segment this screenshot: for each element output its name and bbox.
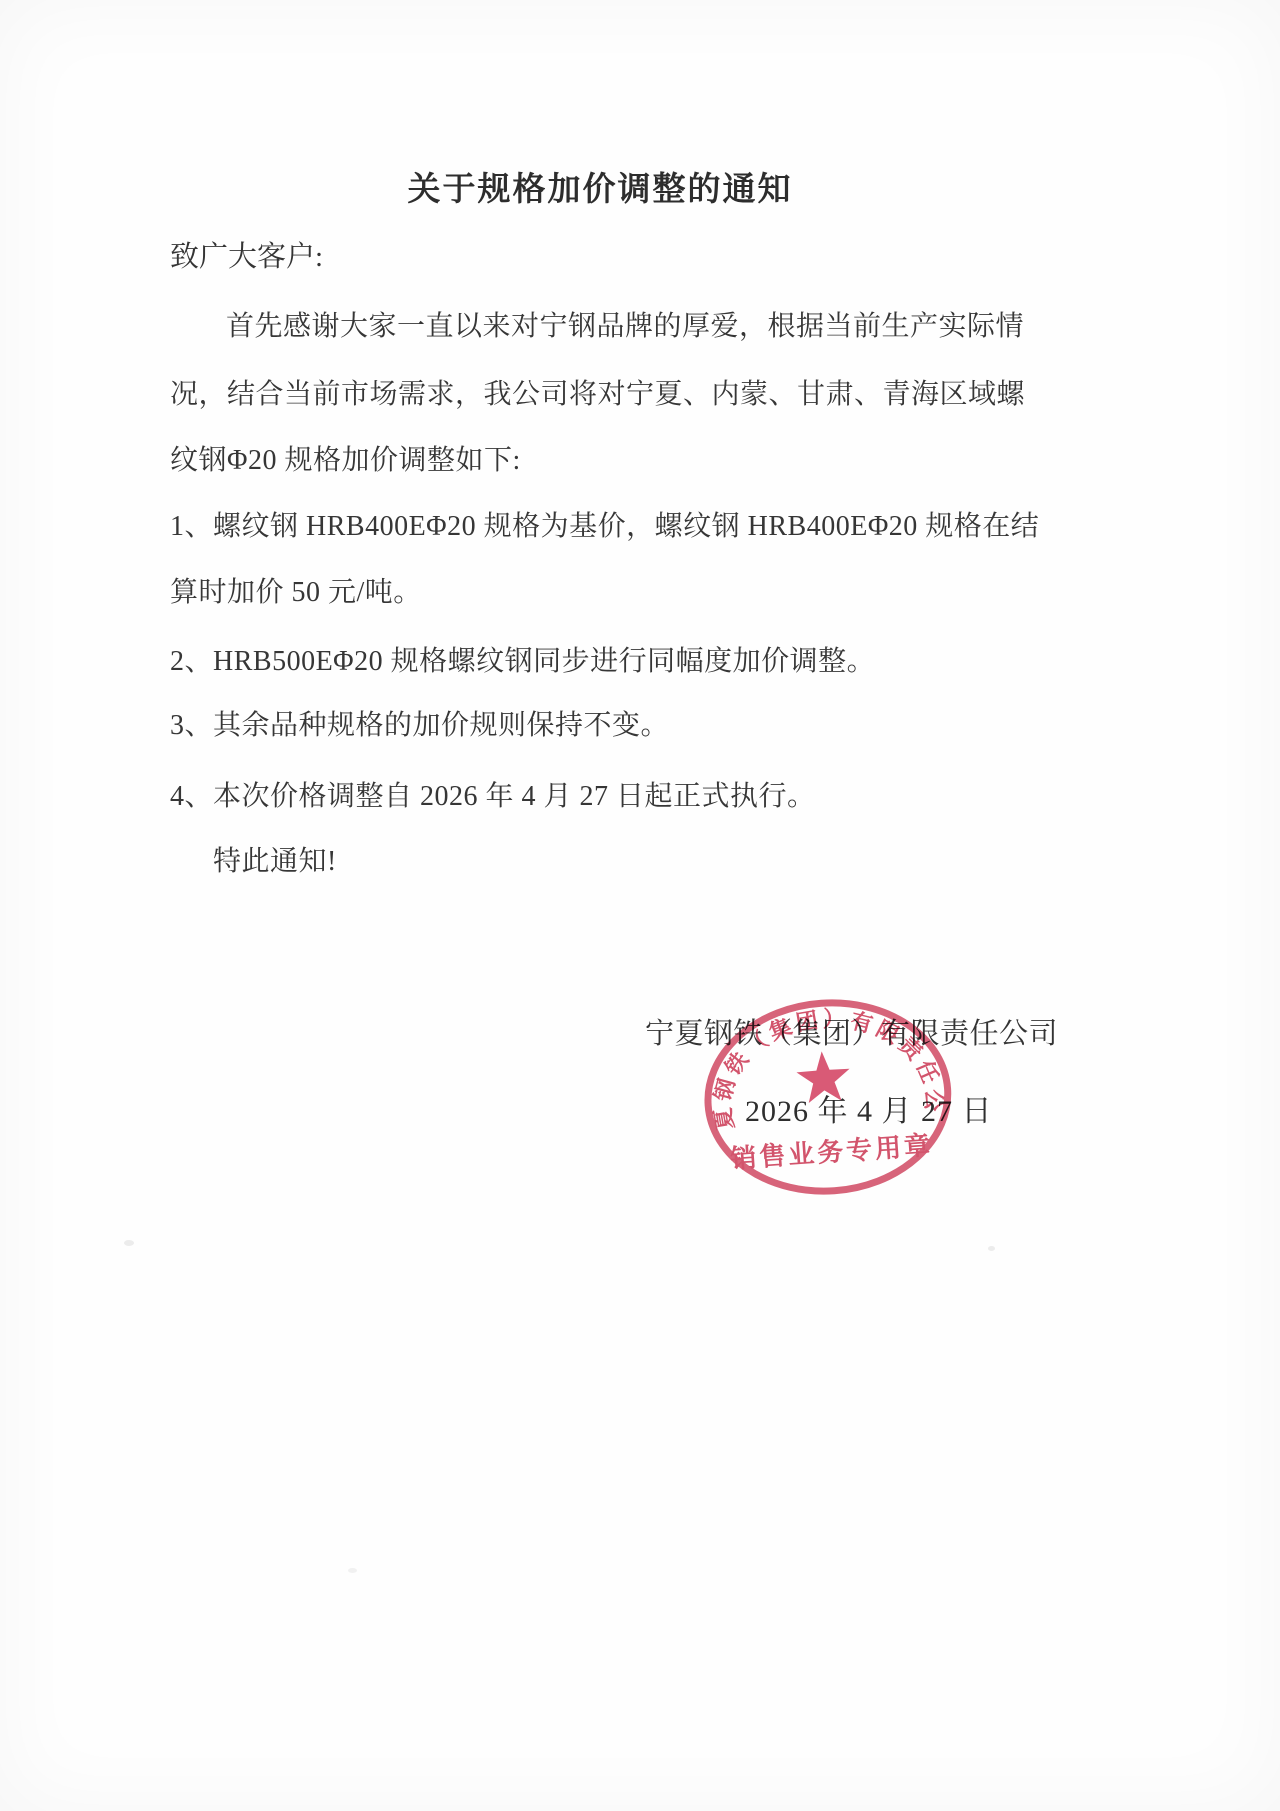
item-line: 2、HRB500EΦ20 规格螺纹钢同步进行同幅度加价调整。 [170, 639, 875, 679]
item-line: 算时加价 50 元/吨。 [170, 570, 422, 610]
seal-star-icon [795, 1049, 852, 1103]
scanned-notice-document: 关于规格加价调整的通知 致广大客户: 首先感谢大家一直以来对宁钢品牌的厚爱，根据… [0, 0, 1280, 1811]
item-line: 1、螺纹钢 HRB400EΦ20 规格为基价，螺纹钢 HRB400EΦ20 规格… [170, 504, 1039, 544]
paragraph-line: 纹钢Φ20 规格加价调整如下: [170, 438, 521, 478]
item-line: 4、本次价格调整自 2026 年 4 月 27 日起正式执行。 [170, 774, 816, 814]
scan-smudge [348, 1568, 357, 1573]
notice-title: 关于规格加价调整的通知 [170, 163, 1030, 210]
company-seal: 宁夏钢铁（集团）有限责任公司 销售业务专用章 [693, 984, 963, 1213]
item-line: 3、其余品种规格的加价规则保持不变。 [170, 703, 669, 743]
paragraph-line: 首先感谢大家一直以来对宁钢品牌的厚爱，根据当前生产实际情 [226, 304, 1024, 344]
closing-line: 特此通知! [213, 839, 337, 879]
salutation: 致广大客户: [170, 234, 323, 275]
scan-smudge [988, 1246, 995, 1251]
scan-smudge [124, 1240, 134, 1246]
paragraph-line: 况，结合当前市场需求，我公司将对宁夏、内蒙、甘肃、青海区域螺 [170, 372, 1025, 412]
